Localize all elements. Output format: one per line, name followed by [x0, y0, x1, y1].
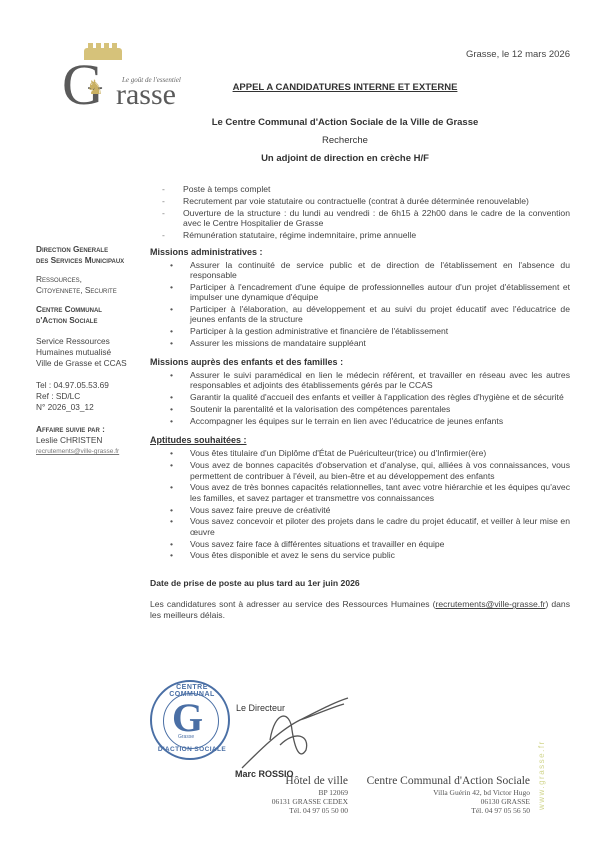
list-item: Accompagner les équipes sur le terrain e…: [150, 416, 570, 426]
list-item: Vous êtes disponible et avez le sens du …: [150, 550, 570, 560]
sidebar-service-line: Ville de Grasse et CCAS: [36, 358, 146, 369]
address-line: Villa Guérin 42, bd Victor Hugo: [360, 788, 530, 797]
aptitudes-list: Vous êtes titulaire d'un Diplôme d'État …: [150, 448, 570, 560]
organization-name: Le Centre Communal d'Action Sociale de l…: [105, 117, 585, 128]
stamp-city: Grasse: [178, 734, 194, 740]
sidebar-ccas-line: d'Action Sociale: [36, 315, 146, 326]
recherche-label: Recherche: [105, 135, 585, 146]
handwritten-signature: [240, 690, 350, 775]
list-item: Participer à l'élaboration, au développe…: [150, 304, 570, 325]
grasse-logo: G ♞ Le goût de l'essentiel rasse: [60, 48, 190, 110]
address-line: 06131 GRASSE CEDEX: [230, 797, 348, 806]
sidebar-contact: Tel : 04.97.05.53.69 Ref : SD/LC N° 2026…: [36, 380, 146, 413]
start-date: Date de prise de poste au plus tard au 1…: [150, 578, 570, 588]
sidebar-ccas: Centre Communal d'Action Sociale: [36, 304, 146, 326]
main-content: Poste à temps complet Recrutement par vo…: [150, 184, 570, 620]
list-item: Ouverture de la structure : du lundi au …: [150, 208, 570, 229]
list-item: Assurer les missions de mandataire suppl…: [150, 338, 570, 348]
missions-enfants-list: Assurer le suivi paramédical en lien le …: [150, 370, 570, 426]
footer-ccas-address: Centre Communal d'Action Sociale Villa G…: [360, 775, 530, 815]
ccas-title: Centre Communal d'Action Sociale: [360, 775, 530, 788]
sidebar-service-line: Humaines mutualisé: [36, 347, 146, 358]
stamp-bottom-text: D'ACTION SOCIALE: [156, 746, 228, 753]
list-item: Vous avez de bonnes capacités d'observat…: [150, 460, 570, 481]
sidebar-service-line: Service Ressources: [36, 336, 146, 347]
mairie-title: Hôtel de ville: [230, 775, 348, 788]
apply-text-before: Les candidatures sont à adresser au serv…: [150, 599, 435, 609]
list-item: Participer à la gestion administrative e…: [150, 326, 570, 336]
sidebar-ressources-line: Ressources,: [36, 274, 146, 285]
apply-email-link[interactable]: recrutements@ville-grasse.fr: [435, 599, 545, 609]
affaire-label: Affaire suivie par :: [36, 424, 146, 435]
ccas-stamp: CENTRE COMMUNAL G Grasse D'ACTION SOCIAL…: [150, 680, 230, 760]
website-vertical: www.grasse.fr: [537, 700, 549, 810]
list-item: Poste à temps complet: [150, 184, 570, 194]
list-item: Vous avez de très bonnes capacités relat…: [150, 482, 570, 503]
list-item: Assurer la continuité de service public …: [150, 260, 570, 281]
intro-list: Poste à temps complet Recrutement par vo…: [150, 184, 570, 240]
sidebar-affaire: Affaire suivie par : Leslie CHRISTEN rec…: [36, 424, 146, 457]
stamp-letter: G: [172, 698, 203, 738]
list-item: Assurer le suivi paramédical en lien le …: [150, 370, 570, 391]
list-item: Vous êtes titulaire d'un Diplôme d'État …: [150, 448, 570, 458]
section-heading-aptitudes: Aptitudes souhaitées :: [150, 435, 570, 445]
address-line: Tél. 04 97 05 50 00: [230, 806, 348, 815]
affaire-name: Leslie CHRISTEN: [36, 435, 146, 446]
address-line: Tél. 04 97 05 56 50: [360, 806, 530, 815]
document-title: APPEL A CANDIDATURES INTERNE ET EXTERNE: [105, 82, 585, 93]
section-heading-missions-admin: Missions administratives :: [150, 247, 570, 257]
missions-admin-list: Assurer la continuité de service public …: [150, 260, 570, 349]
affaire-email-link[interactable]: recrutements@ville-grasse.fr: [36, 446, 146, 457]
sidebar-dgsm-line: des Services Municipaux: [36, 255, 146, 266]
footer-mairie-address: Hôtel de ville BP 12069 06131 GRASSE CED…: [230, 775, 348, 815]
sidebar-ressources: Ressources, Citoyennete, Securite: [36, 274, 146, 296]
sidebar-tel: Tel : 04.97.05.53.69: [36, 380, 146, 391]
list-item: Recrutement par voie statutaire ou contr…: [150, 196, 570, 206]
sidebar-ccas-line: Centre Communal: [36, 304, 146, 315]
letter-date: Grasse, le 12 mars 2026: [466, 49, 570, 60]
position-title: Un adjoint de direction en crèche H/F: [105, 153, 585, 164]
section-heading-missions-enfants: Missions auprès des enfants et des famil…: [150, 357, 570, 367]
website-link[interactable]: www.grasse.fr: [537, 700, 546, 810]
list-item: Vous savez faire preuve de créativité: [150, 505, 570, 515]
sidebar-number: N° 2026_03_12: [36, 402, 146, 413]
list-item: Garantir la qualité d'accueil des enfant…: [150, 392, 570, 402]
list-item: Vous savez faire face à différentes situ…: [150, 539, 570, 549]
sidebar-ref: Ref : SD/LC: [36, 391, 146, 402]
sidebar-dgsm: Direction Generale des Services Municipa…: [36, 244, 146, 266]
sidebar-dgsm-line: Direction Generale: [36, 244, 146, 255]
list-item: Rémunération statutaire, régime indemnit…: [150, 230, 570, 240]
list-item: Soutenir la parentalité et la valorisati…: [150, 404, 570, 414]
list-item: Participer à l'encadrement d'une équipe …: [150, 282, 570, 303]
sidebar-ressources-line: Citoyennete, Securite: [36, 285, 146, 296]
application-instructions: Les candidatures sont à adresser au serv…: [150, 599, 570, 620]
address-line: 06130 GRASSE: [360, 797, 530, 806]
list-item: Vous savez concevoir et piloter des proj…: [150, 516, 570, 537]
sidebar-service: Service Ressources Humaines mutualisé Vi…: [36, 336, 146, 369]
address-line: BP 12069: [230, 788, 348, 797]
